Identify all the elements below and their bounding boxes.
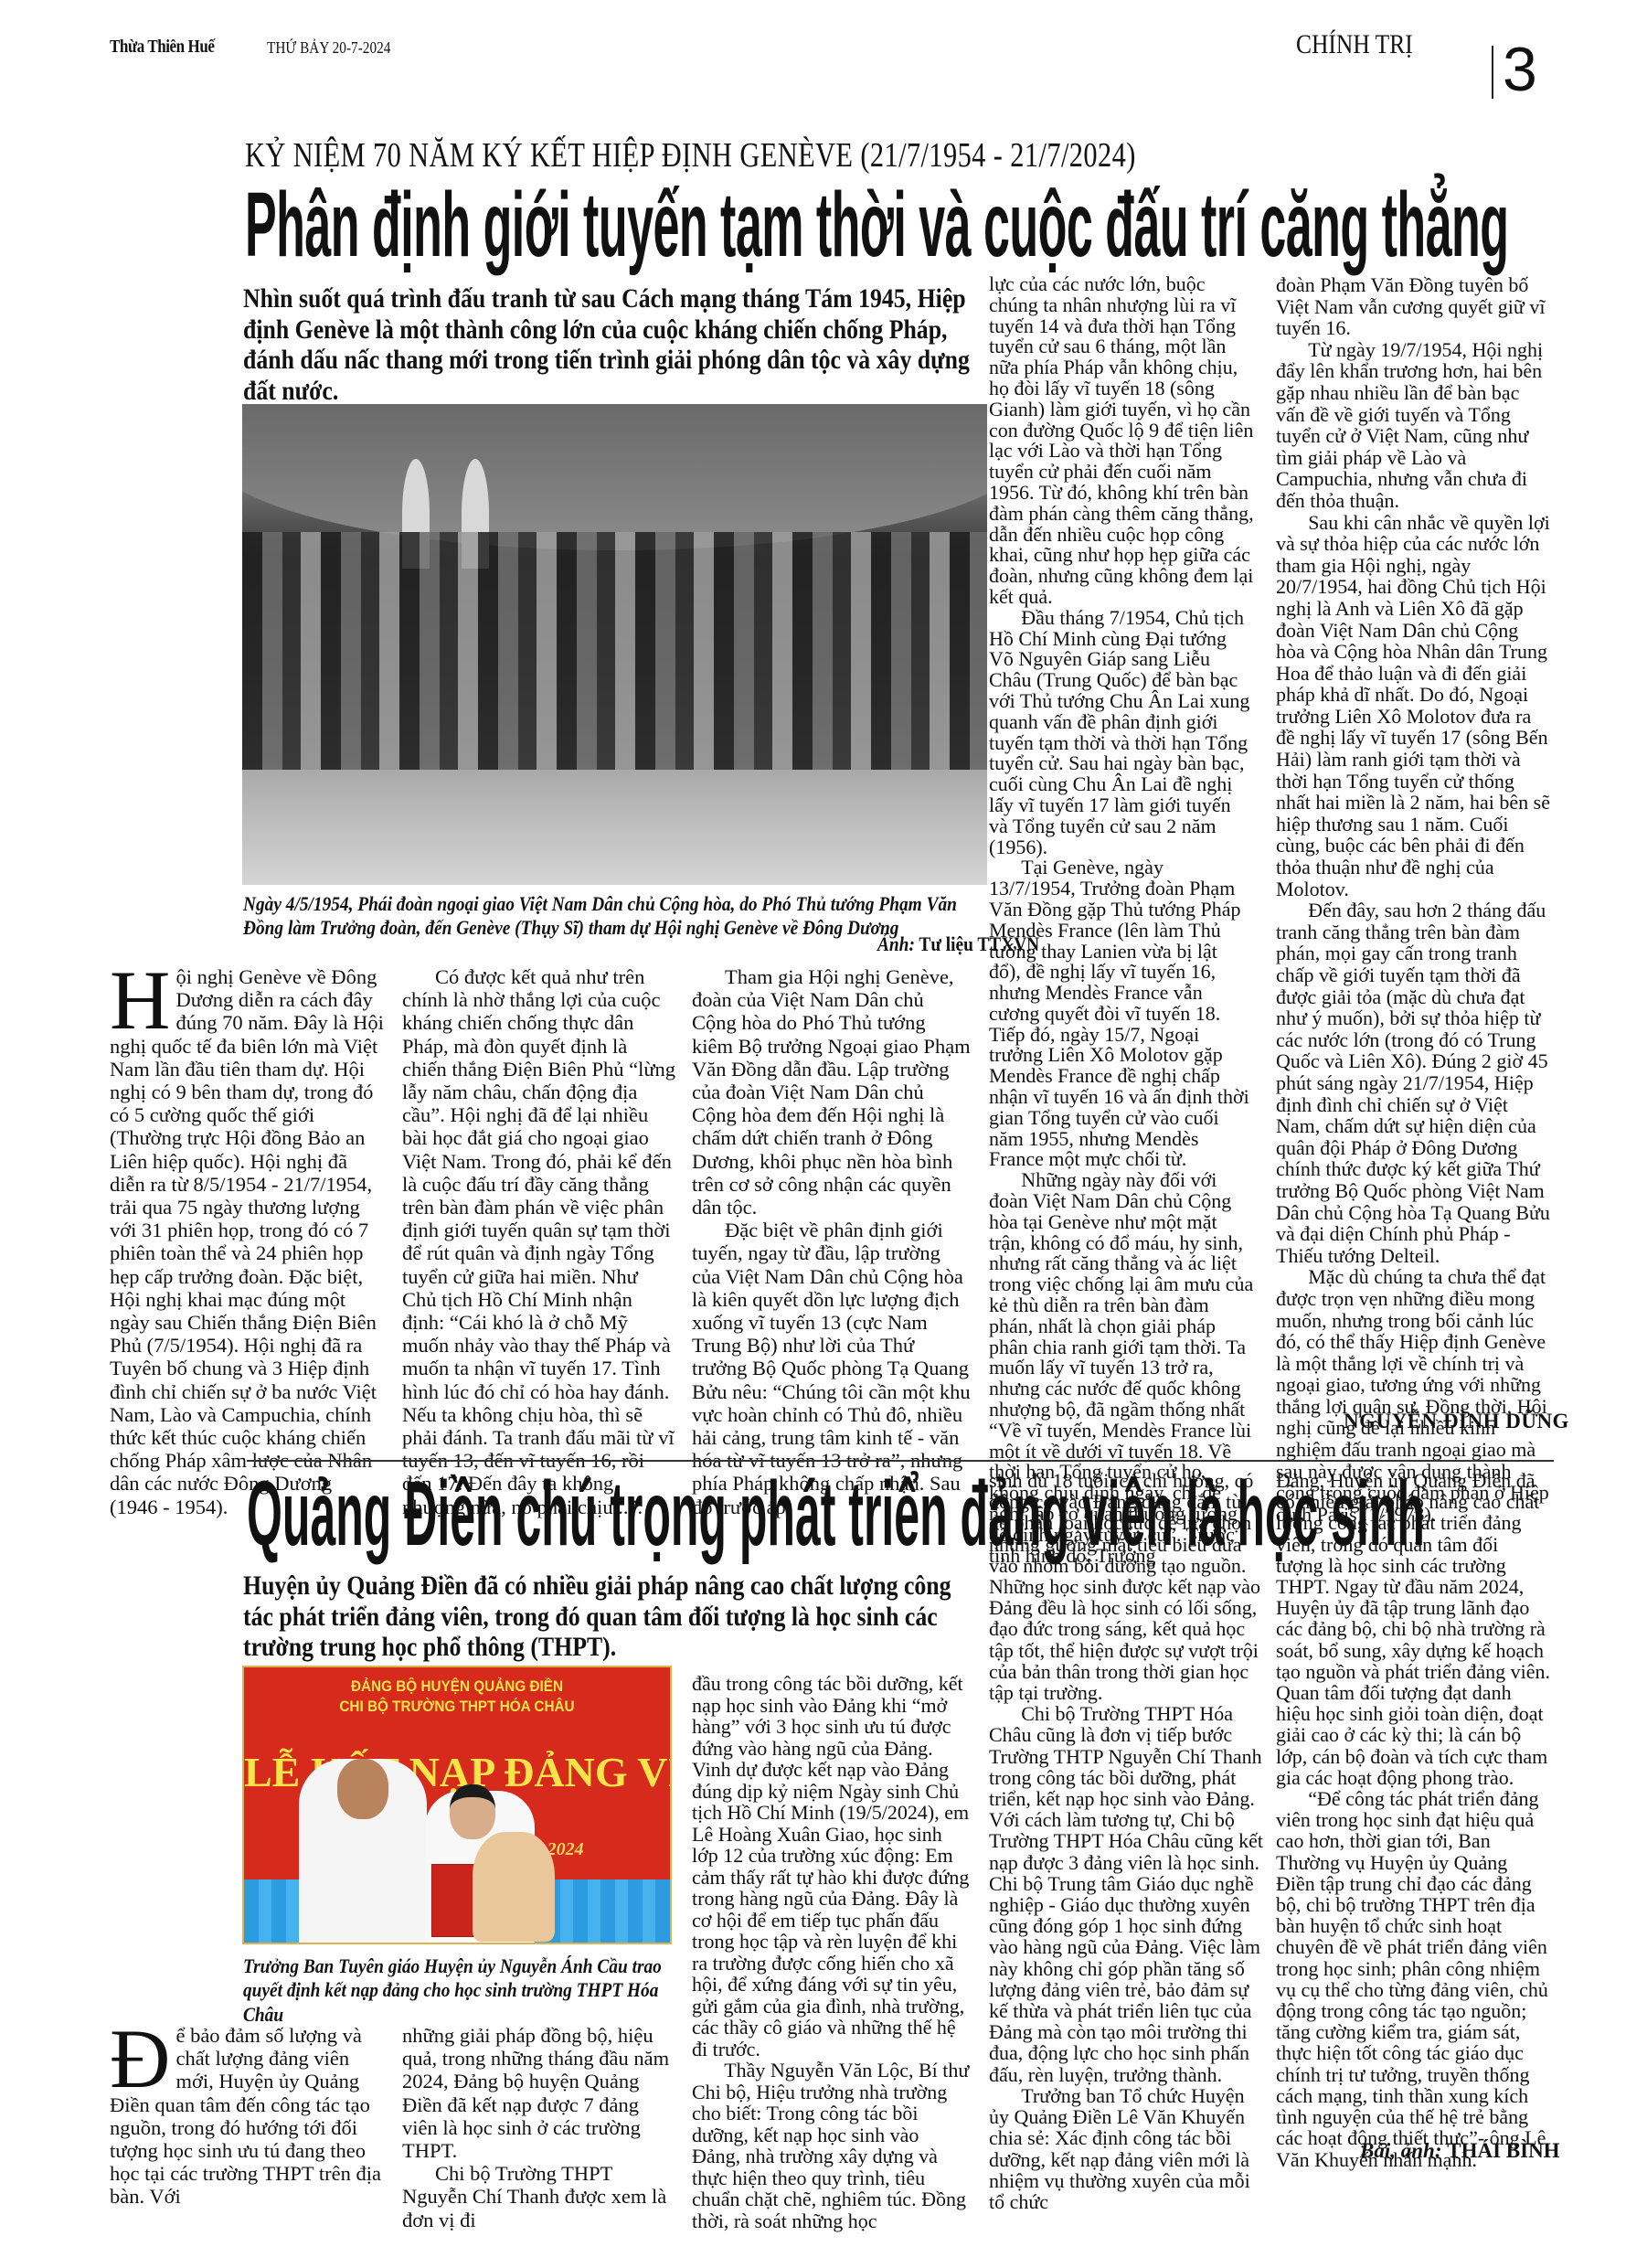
byline-label: Bài, ảnh:	[1360, 2139, 1441, 2162]
flower-bouquet	[473, 1832, 555, 1942]
section-name: CHÍNH TRỊ	[1296, 29, 1413, 60]
article2-column-3: đầu trong công tác bồi dưỡng, kết nạp họ…	[692, 1673, 971, 2231]
paragraph: những giải pháp đồng bộ, hiệu quả, trong…	[402, 2024, 676, 2162]
banner-subtitle: ĐẢNG BỘ HUYỆN QUẢNG ĐIỀN CHI BỘ TRƯỜNG T…	[265, 1677, 648, 1717]
article1-byline: NGUYỄN ĐÌNH DŨNG	[1344, 1410, 1569, 1433]
paragraph: Có được kết quả như trên chính là nhờ th…	[402, 965, 676, 1518]
article1-column-1: Hội nghị Genève về Đông Dương diễn ra cá…	[110, 965, 384, 1518]
person-man-head	[337, 1759, 388, 1819]
article1-headline: Phân định giới tuyến tạm thời và cuộc đấ…	[245, 179, 1509, 271]
paragraph: lực của các nước lớn, buộc chúng ta nhân…	[989, 274, 1254, 608]
article2-byline: Bài, ảnh: THÁI BÌNH	[1360, 2139, 1560, 2163]
article1-column-4: lực của các nước lớn, buộc chúng ta nhân…	[989, 274, 1254, 1566]
article2-photo: ĐẢNG BỘ HUYỆN QUẢNG ĐIỀN CHI BỘ TRƯỜNG T…	[242, 1666, 672, 1944]
article1-photo	[242, 404, 987, 885]
paragraph: Trưởng ban Tổ chức Huyện ủy Quảng Điền L…	[989, 2085, 1263, 2212]
paragraph: Từ ngày 19/7/1954, Hội nghị đẩy lên khẩn…	[1276, 339, 1550, 512]
banner-line-2: CHI BỘ TRƯỜNG THPT HÓA CHÂU	[265, 1697, 648, 1717]
paragraph: Chi bộ Trường THPT Hóa Châu cũng là đơn …	[989, 1703, 1263, 2085]
article1-column-3: Tham gia Hội nghị Genève, đoàn của Việt …	[692, 965, 971, 1518]
paragraph: Tham gia Hội nghị Genève, đoàn của Việt …	[692, 965, 971, 1219]
article1-kicker: KỶ NIỆM 70 NĂM KÝ KẾT HIỆP ĐỊNH GENÈVE (…	[245, 135, 1136, 176]
paragraph: “Để công tác phát triển đảng viên trong …	[1276, 1788, 1550, 2170]
credit-label: Ảnh:	[877, 932, 915, 955]
paragraph: Sau khi cân nhắc về quyền lợi và sự thỏa…	[1276, 512, 1550, 900]
byline-author: THÁI BÌNH	[1447, 2139, 1559, 2162]
paragraph: sinh đủ 18 tuổi, có chí hướng, có động c…	[989, 1470, 1263, 1703]
paragraph: ội nghị Genève về Đông Dương diễn ra các…	[110, 965, 384, 1518]
crowd-shape	[242, 532, 987, 806]
article1-column-2: Có được kết quả như trên chính là nhờ th…	[402, 965, 676, 1518]
article2-photo-caption: Trưởng Ban Tuyên giáo Huyện ủy Nguyễn Án…	[243, 1954, 669, 2027]
article2-column-5: Đảng, Huyện ủy Quảng Điền đã có nhiều gi…	[1276, 1470, 1550, 2170]
airplane-shape	[242, 404, 987, 550]
article2-dropcap: Đ	[110, 2026, 170, 2092]
article1-column-5: đoàn Phạm Văn Đồng tuyên bố Việt Nam vẫn…	[1276, 274, 1550, 1525]
article2-column-2: những giải pháp đồng bộ, hiệu quả, trong…	[402, 2024, 676, 2231]
article2-column-4: sinh đủ 18 tuổi, có chí hướng, có động c…	[989, 1470, 1263, 2212]
paragraph: đầu trong công tác bồi dưỡng, kết nạp họ…	[692, 1673, 971, 2060]
paragraph: Chi bộ Trường THPT Nguyễn Chí Thanh được…	[402, 2162, 676, 2231]
person-student-head	[450, 1784, 495, 1839]
article1-dropcap: H	[110, 967, 170, 1033]
article1-lede: Nhìn suốt quá trình đấu tranh từ sau Các…	[243, 283, 982, 406]
paragraph: Tại Genève, ngày 13/7/1954, Trưởng đoàn …	[989, 857, 1254, 1170]
banner-line-1: ĐẢNG BỘ HUYỆN QUẢNG ĐIỀN	[265, 1677, 648, 1697]
issue-date: THỨ BẢY 20-7-2024	[267, 38, 390, 58]
paragraph: Đầu tháng 7/1954, Chủ tịch Hồ Chí Minh c…	[989, 608, 1254, 858]
article2-column-1: Để bảo đảm số lượng và chất lượng đảng v…	[110, 2024, 384, 2209]
article2-lede: Huyện ủy Quảng Điền đã có nhiều giải phá…	[243, 1571, 982, 1663]
paragraph: Thầy Nguyễn Văn Lộc, Bí thư Chi bộ, Hiệu…	[692, 2060, 971, 2231]
paragraph: Đảng, Huyện ủy Quảng Điền đã có nhiều gi…	[1276, 1470, 1550, 1788]
article-divider	[247, 1460, 1554, 1462]
page-number: 3	[1503, 38, 1537, 101]
paragraph: đoàn Phạm Văn Đồng tuyên bố Việt Nam vẫn…	[1276, 274, 1550, 339]
newspaper-name: Thừa Thiên Huế	[110, 37, 214, 58]
paragraph: Đến đây, sau hơn 2 tháng đấu tranh căng …	[1276, 900, 1550, 1266]
masthead-divider	[1492, 46, 1493, 99]
tarmac-shape	[242, 770, 987, 885]
